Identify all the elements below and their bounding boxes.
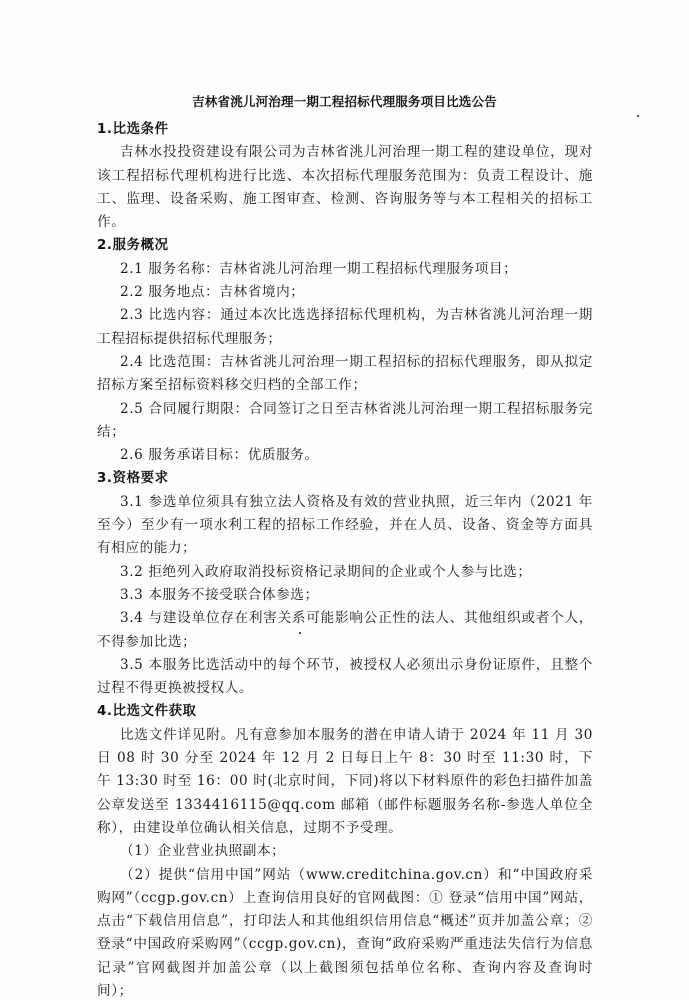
paragraph: 3.4 与建设单位存在利害关系可能影响公正性的法人、其他组织或者个人，不得参加比… [97,607,593,654]
paragraph: 比选文件详见附。凡有意参加本服务的潜在申请人请于 2024 年 11 月 30 … [97,724,593,840]
document-body: 1.比选条件 吉林水投投资建设有限公司为吉林省洮儿河治理一期工程的建设单位，现对… [97,118,593,1000]
paragraph: 2.4 比选范围：吉林省洮儿河治理一期工程招标的招标代理服务，即从拟定招标方案至… [97,351,593,398]
paragraph: 3.2 拒绝列入政府取消投标资格记录期间的企业或个人参与比选； [97,561,593,584]
document-title: 吉林省洮儿河治理一期工程招标代理服务项目比选公告 [0,92,689,110]
scan-speck [637,115,639,117]
paragraph: 吉林水投投资建设有限公司为吉林省洮儿河治理一期工程的建设单位，现对该工程招标代理… [97,141,593,234]
section-1: 1.比选条件 吉林水投投资建设有限公司为吉林省洮儿河治理一期工程的建设单位，现对… [97,118,593,234]
document-page: 吉林省洮儿河治理一期工程招标代理服务项目比选公告 1.比选条件 吉林水投投资建设… [0,0,689,1000]
list-item: （2）提供“信用中国”网站（www.creditchina.gov.cn）和“中… [97,864,593,1000]
paragraph: 2.2 服务地点：吉林省境内； [97,281,593,304]
paragraph: 2.3 比选内容：通过本次比选选择招标代理机构，为吉林省洮儿河治理一期工程招标提… [97,304,593,351]
paragraph: 2.1 服务名称：吉林省洮儿河治理一期工程招标代理服务项目； [97,258,593,281]
list-item: （1）企业营业执照副本； [97,840,593,863]
paragraph: 2.6 服务承诺目标：优质服务。 [97,444,593,467]
section-heading: 2.服务概况 [97,234,593,257]
section-heading: 3.资格要求 [97,467,593,490]
paragraph: 3.5 本服务比选活动中的每个环节，被授权人必须出示身份证原件，且整个过程不得更… [97,654,593,701]
section-2: 2.服务概况 2.1 服务名称：吉林省洮儿河治理一期工程招标代理服务项目； 2.… [97,234,593,467]
scan-speck [299,632,301,634]
section-heading: 1.比选条件 [97,118,593,141]
paragraph: 2.5 合同履行期限：合同签订之日至吉林省洮儿河治理一期工程招标服务完结； [97,398,593,445]
section-4: 4.比选文件获取 比选文件详见附。凡有意参加本服务的潜在申请人请于 2024 年… [97,700,593,1000]
section-3: 3.资格要求 3.1 参选单位须具有独立法人资格及有效的营业执照，近三年内（20… [97,467,593,700]
paragraph: 3.3 本服务不接受联合体参选； [97,584,593,607]
section-heading: 4.比选文件获取 [97,700,593,723]
paragraph: 3.1 参选单位须具有独立法人资格及有效的营业执照，近三年内（2021 年至今）… [97,491,593,561]
